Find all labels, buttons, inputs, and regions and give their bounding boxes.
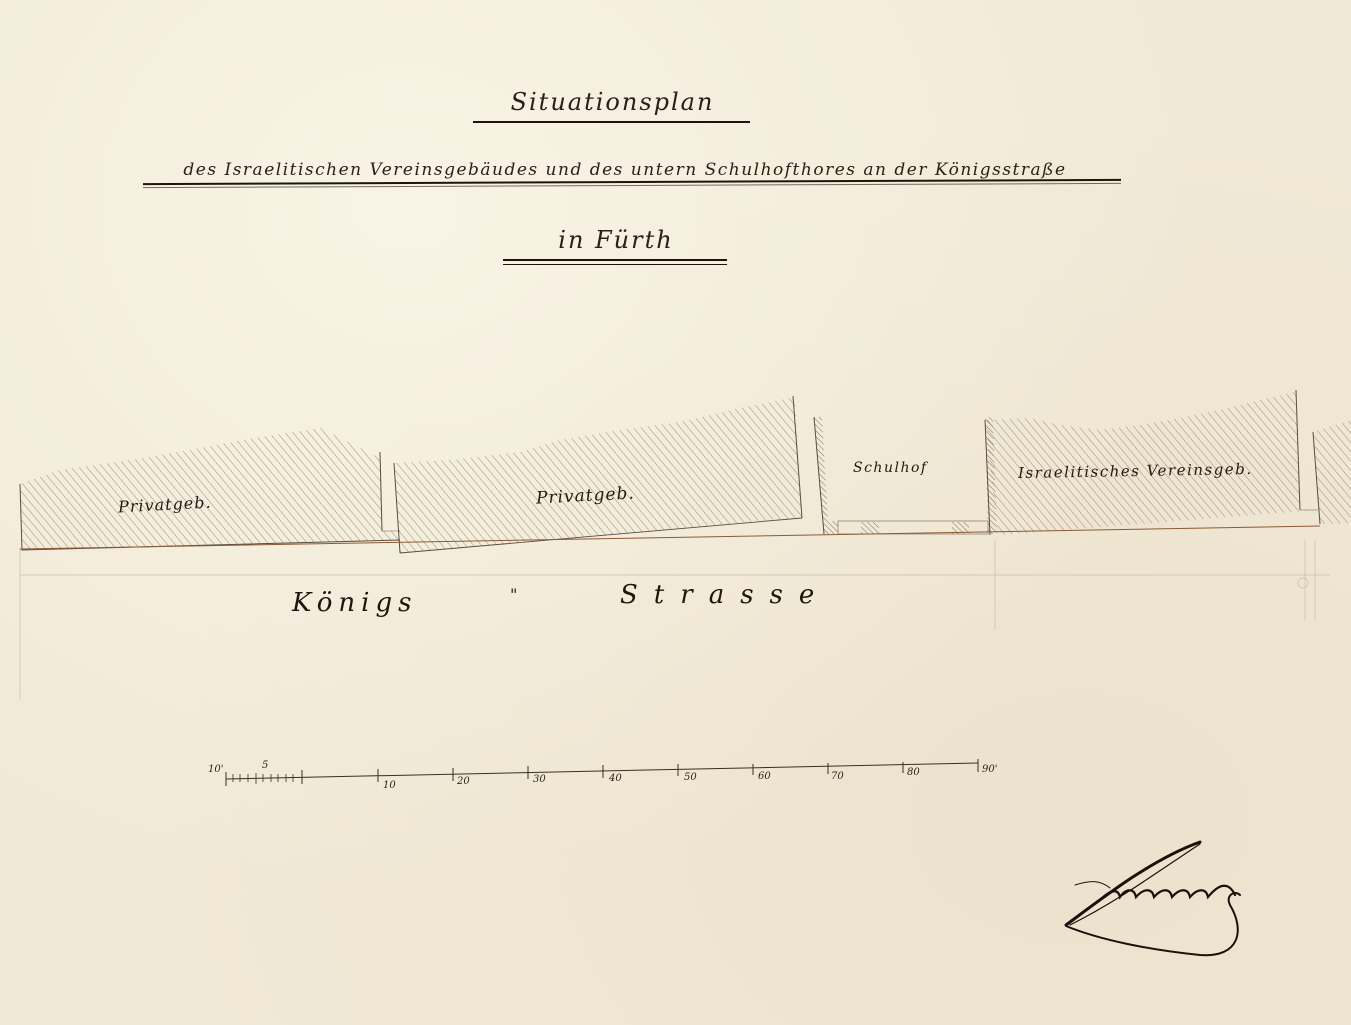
street-name-part-1: Königs bbox=[292, 588, 417, 618]
scale-label-70: 70 bbox=[831, 771, 844, 782]
scale-label-5: 5 bbox=[262, 760, 268, 771]
scale-bar bbox=[226, 759, 978, 786]
building-privatgeb-1 bbox=[20, 428, 400, 550]
scale-label-80: 80 bbox=[907, 767, 920, 778]
building-label-schulhof: Schulhof bbox=[853, 460, 928, 476]
scale-label-10: 10 bbox=[383, 780, 396, 791]
site-plan-drawing bbox=[0, 0, 1351, 1025]
scale-label-90: 90' bbox=[982, 764, 997, 775]
construction-lines bbox=[20, 540, 1330, 700]
signature-flourish bbox=[1066, 842, 1240, 955]
building-privatgeb-2 bbox=[394, 396, 802, 553]
scale-label-50: 50 bbox=[684, 772, 697, 783]
scale-label-prefix: 10' bbox=[208, 764, 223, 775]
scale-label-20: 20 bbox=[457, 776, 470, 787]
building-partial-right bbox=[1313, 420, 1351, 524]
street-name-part-2: Strasse bbox=[620, 580, 830, 610]
scale-label-60: 60 bbox=[758, 771, 771, 782]
street-name-ditto-mark: " bbox=[510, 585, 517, 604]
scale-label-40: 40 bbox=[609, 773, 622, 784]
scale-label-30: 30 bbox=[533, 774, 546, 785]
